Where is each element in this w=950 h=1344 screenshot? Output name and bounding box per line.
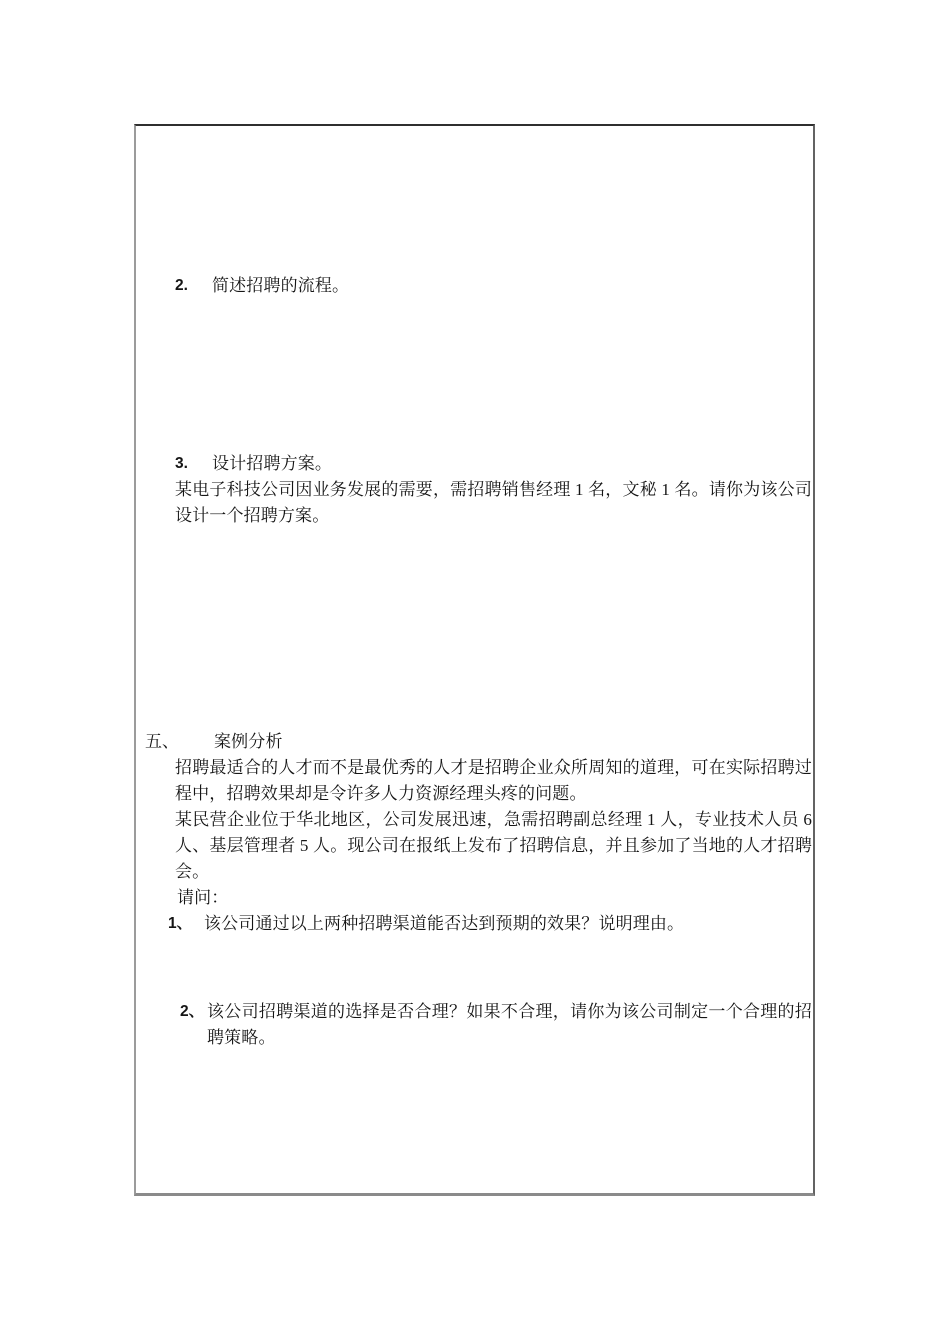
section-5-heading: 五、 案例分析 xyxy=(145,729,283,755)
question-2-item: 2. 简述招聘的流程。 xyxy=(175,273,349,299)
question-3-marker: 3. xyxy=(175,451,188,477)
case-question-2-text: 该公司招聘渠道的选择是否合理？如果不合理，请你为该公司制定一个合理的招聘策略。 xyxy=(207,1002,812,1047)
case-question-2-marker: 2、 xyxy=(180,999,204,1025)
case-intro-paragraph: 招聘最适合的人才而不是最优秀的人才是招聘企业众所周知的道理，可在实际招聘过程中，… xyxy=(175,755,812,807)
case-question-1-marker: 1、 xyxy=(168,911,192,937)
case-prompt: 请问： xyxy=(177,885,228,911)
section-5-marker: 五、 xyxy=(145,729,179,755)
case-question-1-text: 该公司通过以上两种招聘渠道能否达到预期的效果？说明理由。 xyxy=(204,914,684,933)
document-page: 2. 简述招聘的流程。 3. 设计招聘方案。 某电子科技公司因业务发展的需要，需… xyxy=(0,0,950,1344)
question-2-text: 简述招聘的流程。 xyxy=(212,276,349,295)
question-3-text: 设计招聘方案。 xyxy=(212,454,332,473)
case-question-1-item: 1、 该公司通过以上两种招聘渠道能否达到预期的效果？说明理由。 xyxy=(168,911,684,937)
case-question-2-item: 2、 该公司招聘渠道的选择是否合理？如果不合理，请你为该公司制定一个合理的招聘策… xyxy=(180,999,812,1051)
question-3-item: 3. 设计招聘方案。 xyxy=(175,451,332,477)
case-detail-paragraph: 某民营企业位于华北地区，公司发展迅速，急需招聘副总经理 1 人，专业技术人员 6… xyxy=(175,807,812,885)
section-5-title: 案例分析 xyxy=(214,732,283,751)
table-cell: 2. 简述招聘的流程。 3. 设计招聘方案。 某电子科技公司因业务发展的需要，需… xyxy=(134,124,815,1196)
question-2-marker: 2. xyxy=(175,273,188,299)
question-3-case-paragraph: 某电子科技公司因业务发展的需要，需招聘销售经理 1 名，文秘 1 名。请你为该公… xyxy=(175,477,812,529)
